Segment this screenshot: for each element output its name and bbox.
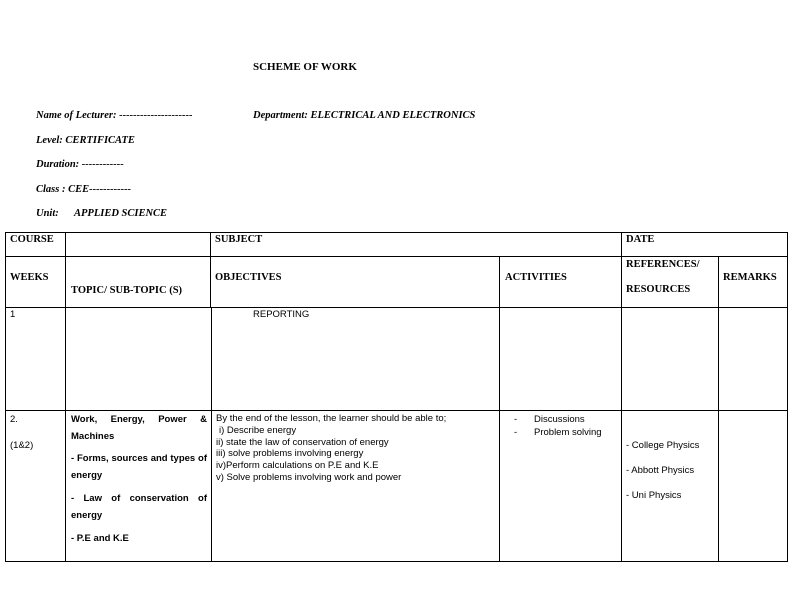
table-col-rule <box>65 232 66 562</box>
reference-item: - Abbott Physics <box>626 464 699 477</box>
header-references: REFERENCES/ <box>626 259 700 270</box>
department-field: Department: ELECTRICAL AND ELECTRONICS <box>253 110 475 121</box>
header-date: DATE <box>626 234 654 245</box>
table-col-rule <box>211 307 212 562</box>
duration-field: Duration: ------------ <box>36 159 124 170</box>
objective-item: iv)Perform calculations on P.E and K.E <box>216 460 446 472</box>
header-resources: RESOURCES <box>626 284 690 295</box>
row2-references: - College Physics - Abbott Physics - Uni… <box>626 439 699 514</box>
header-activities: ACTIVITIES <box>505 272 567 283</box>
reference-item: - College Physics <box>626 439 699 452</box>
objective-intro: By the end of the lesson, the learner sh… <box>216 413 446 425</box>
row2-topics: Work, Energy, Power & Machines - Forms, … <box>71 412 207 555</box>
row1-week: 1 <box>10 309 15 322</box>
objective-item: v) Solve problems involving work and pow… <box>216 472 446 484</box>
table-border-right <box>787 232 788 562</box>
header-subject: SUBJECT <box>215 234 262 245</box>
table-rule <box>5 256 788 257</box>
subtopic: - P.E and K.E <box>71 531 207 548</box>
objective-item: iii) solve problems involving energy <box>216 448 446 460</box>
subtopic: - Law of conservation of energy <box>71 491 207 524</box>
header-objectives: OBJECTIVES <box>215 272 282 283</box>
activity-item: - Discussions <box>512 413 602 426</box>
objective-item: i) Describe energy <box>216 425 446 437</box>
row2-objectives: By the end of the lesson, the learner sh… <box>216 413 446 484</box>
table-rule <box>5 307 788 308</box>
objective-item: ii) state the law of conservation of ene… <box>216 437 446 449</box>
table-col-rule <box>499 256 500 562</box>
table-col-rule <box>718 256 719 562</box>
row2-activities: - Discussions - Problem solving <box>512 413 602 439</box>
table-border-bottom <box>5 561 788 562</box>
table-col-rule <box>210 232 211 308</box>
level-field: Level: CERTIFICATE <box>36 135 135 146</box>
lecturer-field: Name of Lecturer: --------------------- <box>36 110 193 121</box>
header-topic: TOPIC/ SUB-TOPIC (S) <box>71 285 182 296</box>
unit-label: Unit: <box>36 208 59 219</box>
table-col-rule <box>621 232 622 562</box>
row1-objectives-note: REPORTING <box>253 309 309 322</box>
subtopic: - Forms, sources and types of energy <box>71 451 207 484</box>
document-title: SCHEME OF WORK <box>253 61 357 73</box>
activity-item: - Problem solving <box>512 426 602 439</box>
unit-value: APPLIED SCIENCE <box>74 208 167 219</box>
header-remarks: REMARKS <box>723 272 777 283</box>
bullet-dash-icon: - <box>512 426 534 439</box>
row2-week: 2. <box>10 414 18 427</box>
header-weeks: WEEKS <box>10 272 49 283</box>
table-border-top <box>5 232 788 233</box>
class-field: Class : CEE------------ <box>36 184 131 195</box>
bullet-dash-icon: - <box>512 413 534 426</box>
header-course: COURSE <box>10 234 54 245</box>
row2-week-sub: (1&2) <box>10 440 33 453</box>
reference-item: - Uni Physics <box>626 489 699 502</box>
table-border-left <box>5 232 6 562</box>
topic-main: Work, Energy, Power & Machines <box>71 412 207 445</box>
